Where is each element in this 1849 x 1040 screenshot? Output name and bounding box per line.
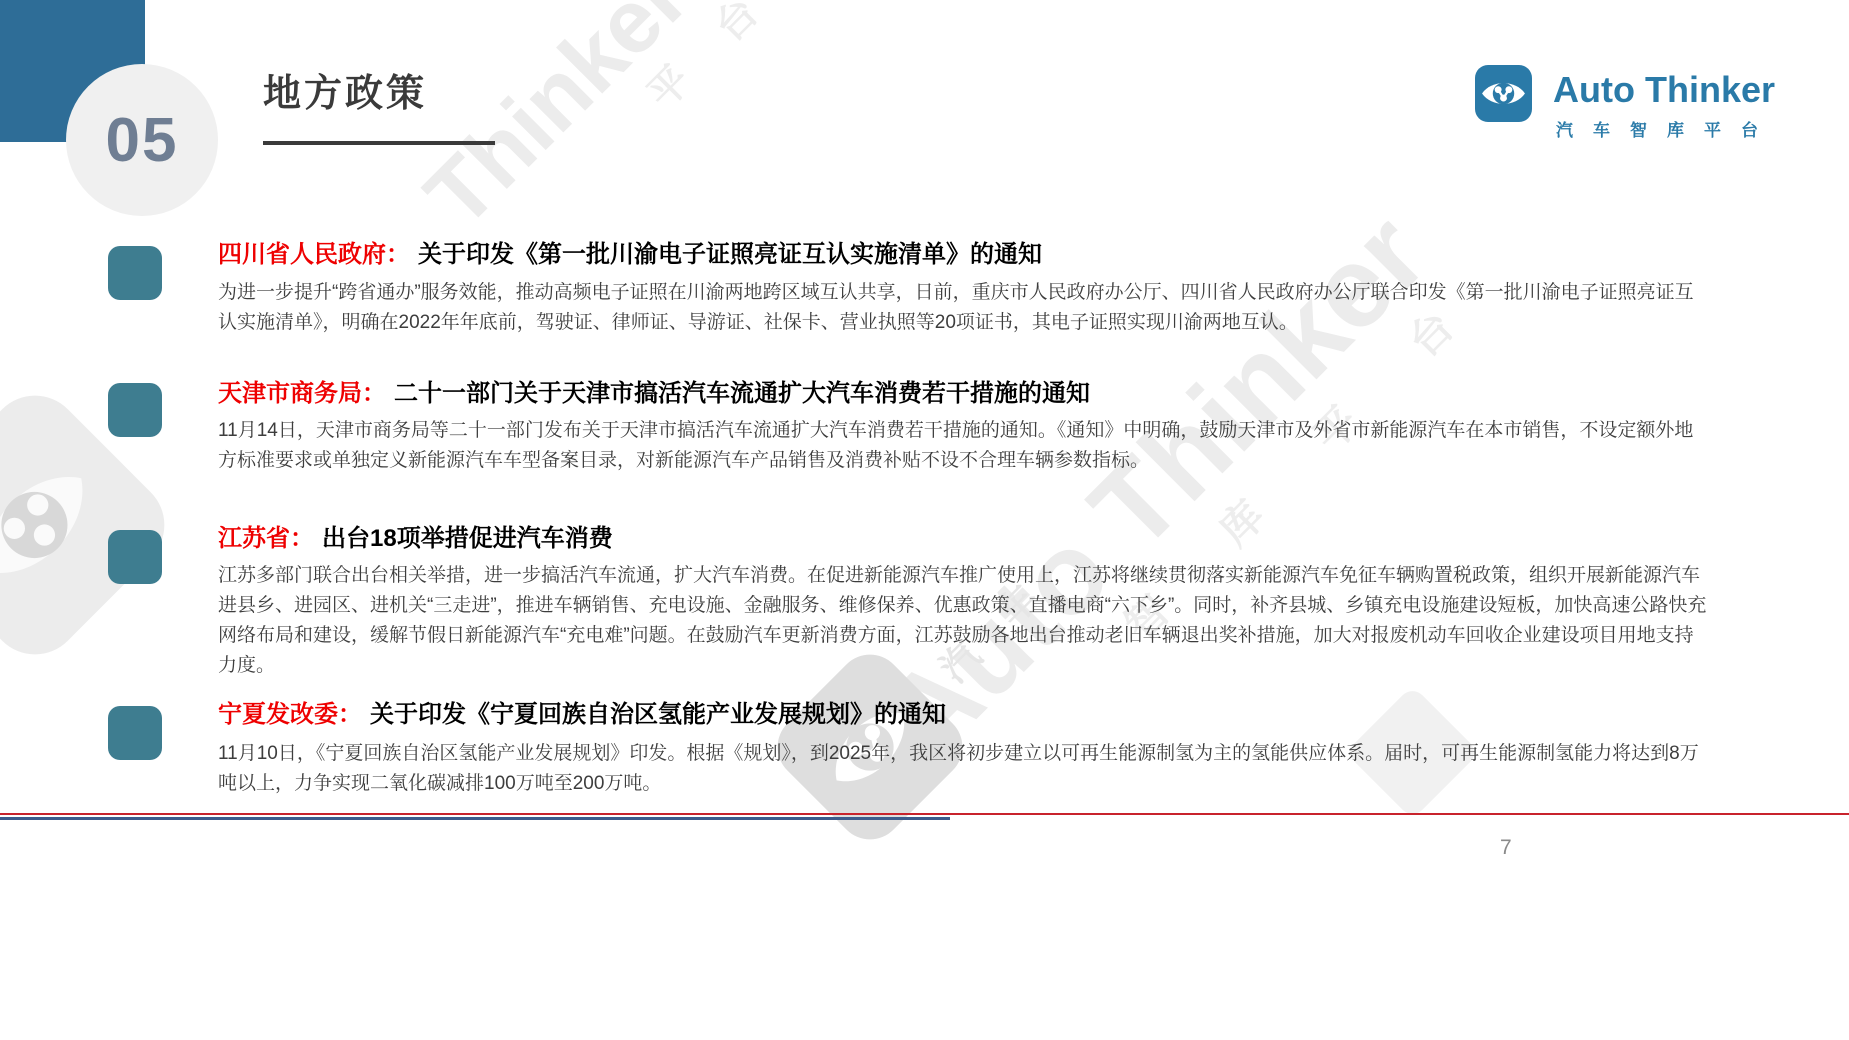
policy-bullet-square: [108, 530, 162, 584]
policy-summary: 11月14日，天津市商务局等二十一部门发布关于天津市搞活汽车流通扩大汽车消费若干…: [218, 416, 1708, 476]
policy-bullet-square: [108, 706, 162, 760]
section-number-circle: 05: [66, 64, 218, 216]
policy-heading: 四川省人民政府：关于印发《第一批川渝电子证照亮证互认实施清单》的通知: [218, 240, 1042, 270]
agency-label: 四川省人民政府：: [218, 241, 410, 268]
agency-label: 江苏省：: [218, 525, 314, 552]
brand-name: Auto Thinker: [1553, 70, 1775, 110]
footer-divider-blue: [0, 817, 950, 820]
watermark-thinker-text: Thinker: [406, 0, 709, 248]
policy-headline: 关于印发《第一批川渝电子证照亮证互认实施清单》的通知: [418, 241, 1042, 268]
page-number: 7: [1500, 836, 1512, 860]
page-title: 地方政策: [263, 72, 427, 116]
eye-icon: [0, 418, 142, 632]
footer-divider-red: [0, 813, 1849, 815]
policy-bullet-square: [108, 246, 162, 300]
brand-subtitle: 汽车智库平台: [1556, 116, 1778, 141]
policy-headline: 出台18项举措促进汽车消费: [322, 525, 613, 552]
policy-heading: 宁夏发改委：关于印发《宁夏回族自治区氢能产业发展规划》的通知: [218, 700, 946, 730]
section-number: 05: [106, 105, 179, 176]
policy-summary: 江苏多部门联合出台相关举措，进一步搞活汽车流通，扩大汽车消费。在促进新能源汽车推…: [218, 561, 1708, 681]
title-underline: [263, 141, 495, 145]
policy-heading: 天津市商务局：二十一部门关于天津市搞活汽车流通扩大汽车消费若干措施的通知: [218, 379, 1090, 409]
policy-headline: 关于印发《宁夏回族自治区氢能产业发展规划》的通知: [370, 701, 946, 728]
brand-logo-tile: [1475, 65, 1532, 122]
policy-summary: 为进一步提升“跨省通办”服务效能，推动高频电子证照在川渝两地跨区域互认共享，日前…: [218, 278, 1708, 338]
agency-label: 天津市商务局：: [218, 380, 386, 407]
eye-icon: [1479, 69, 1528, 118]
policy-headline: 二十一部门关于天津市搞活汽车流通扩大汽车消费若干措施的通知: [394, 380, 1090, 407]
slide: Thinker 平 台 Auto Thinker 智 库 平 台 汽 车 05 …: [0, 0, 1849, 1040]
policy-heading: 江苏省：出台18项举措促进汽车消费: [218, 524, 613, 554]
policy-summary: 11月10日，《宁夏回族自治区氢能产业发展规划》印发。根据《规划》，到2025年…: [218, 739, 1708, 799]
policy-bullet-square: [108, 383, 162, 437]
agency-label: 宁夏发改委：: [218, 701, 362, 728]
